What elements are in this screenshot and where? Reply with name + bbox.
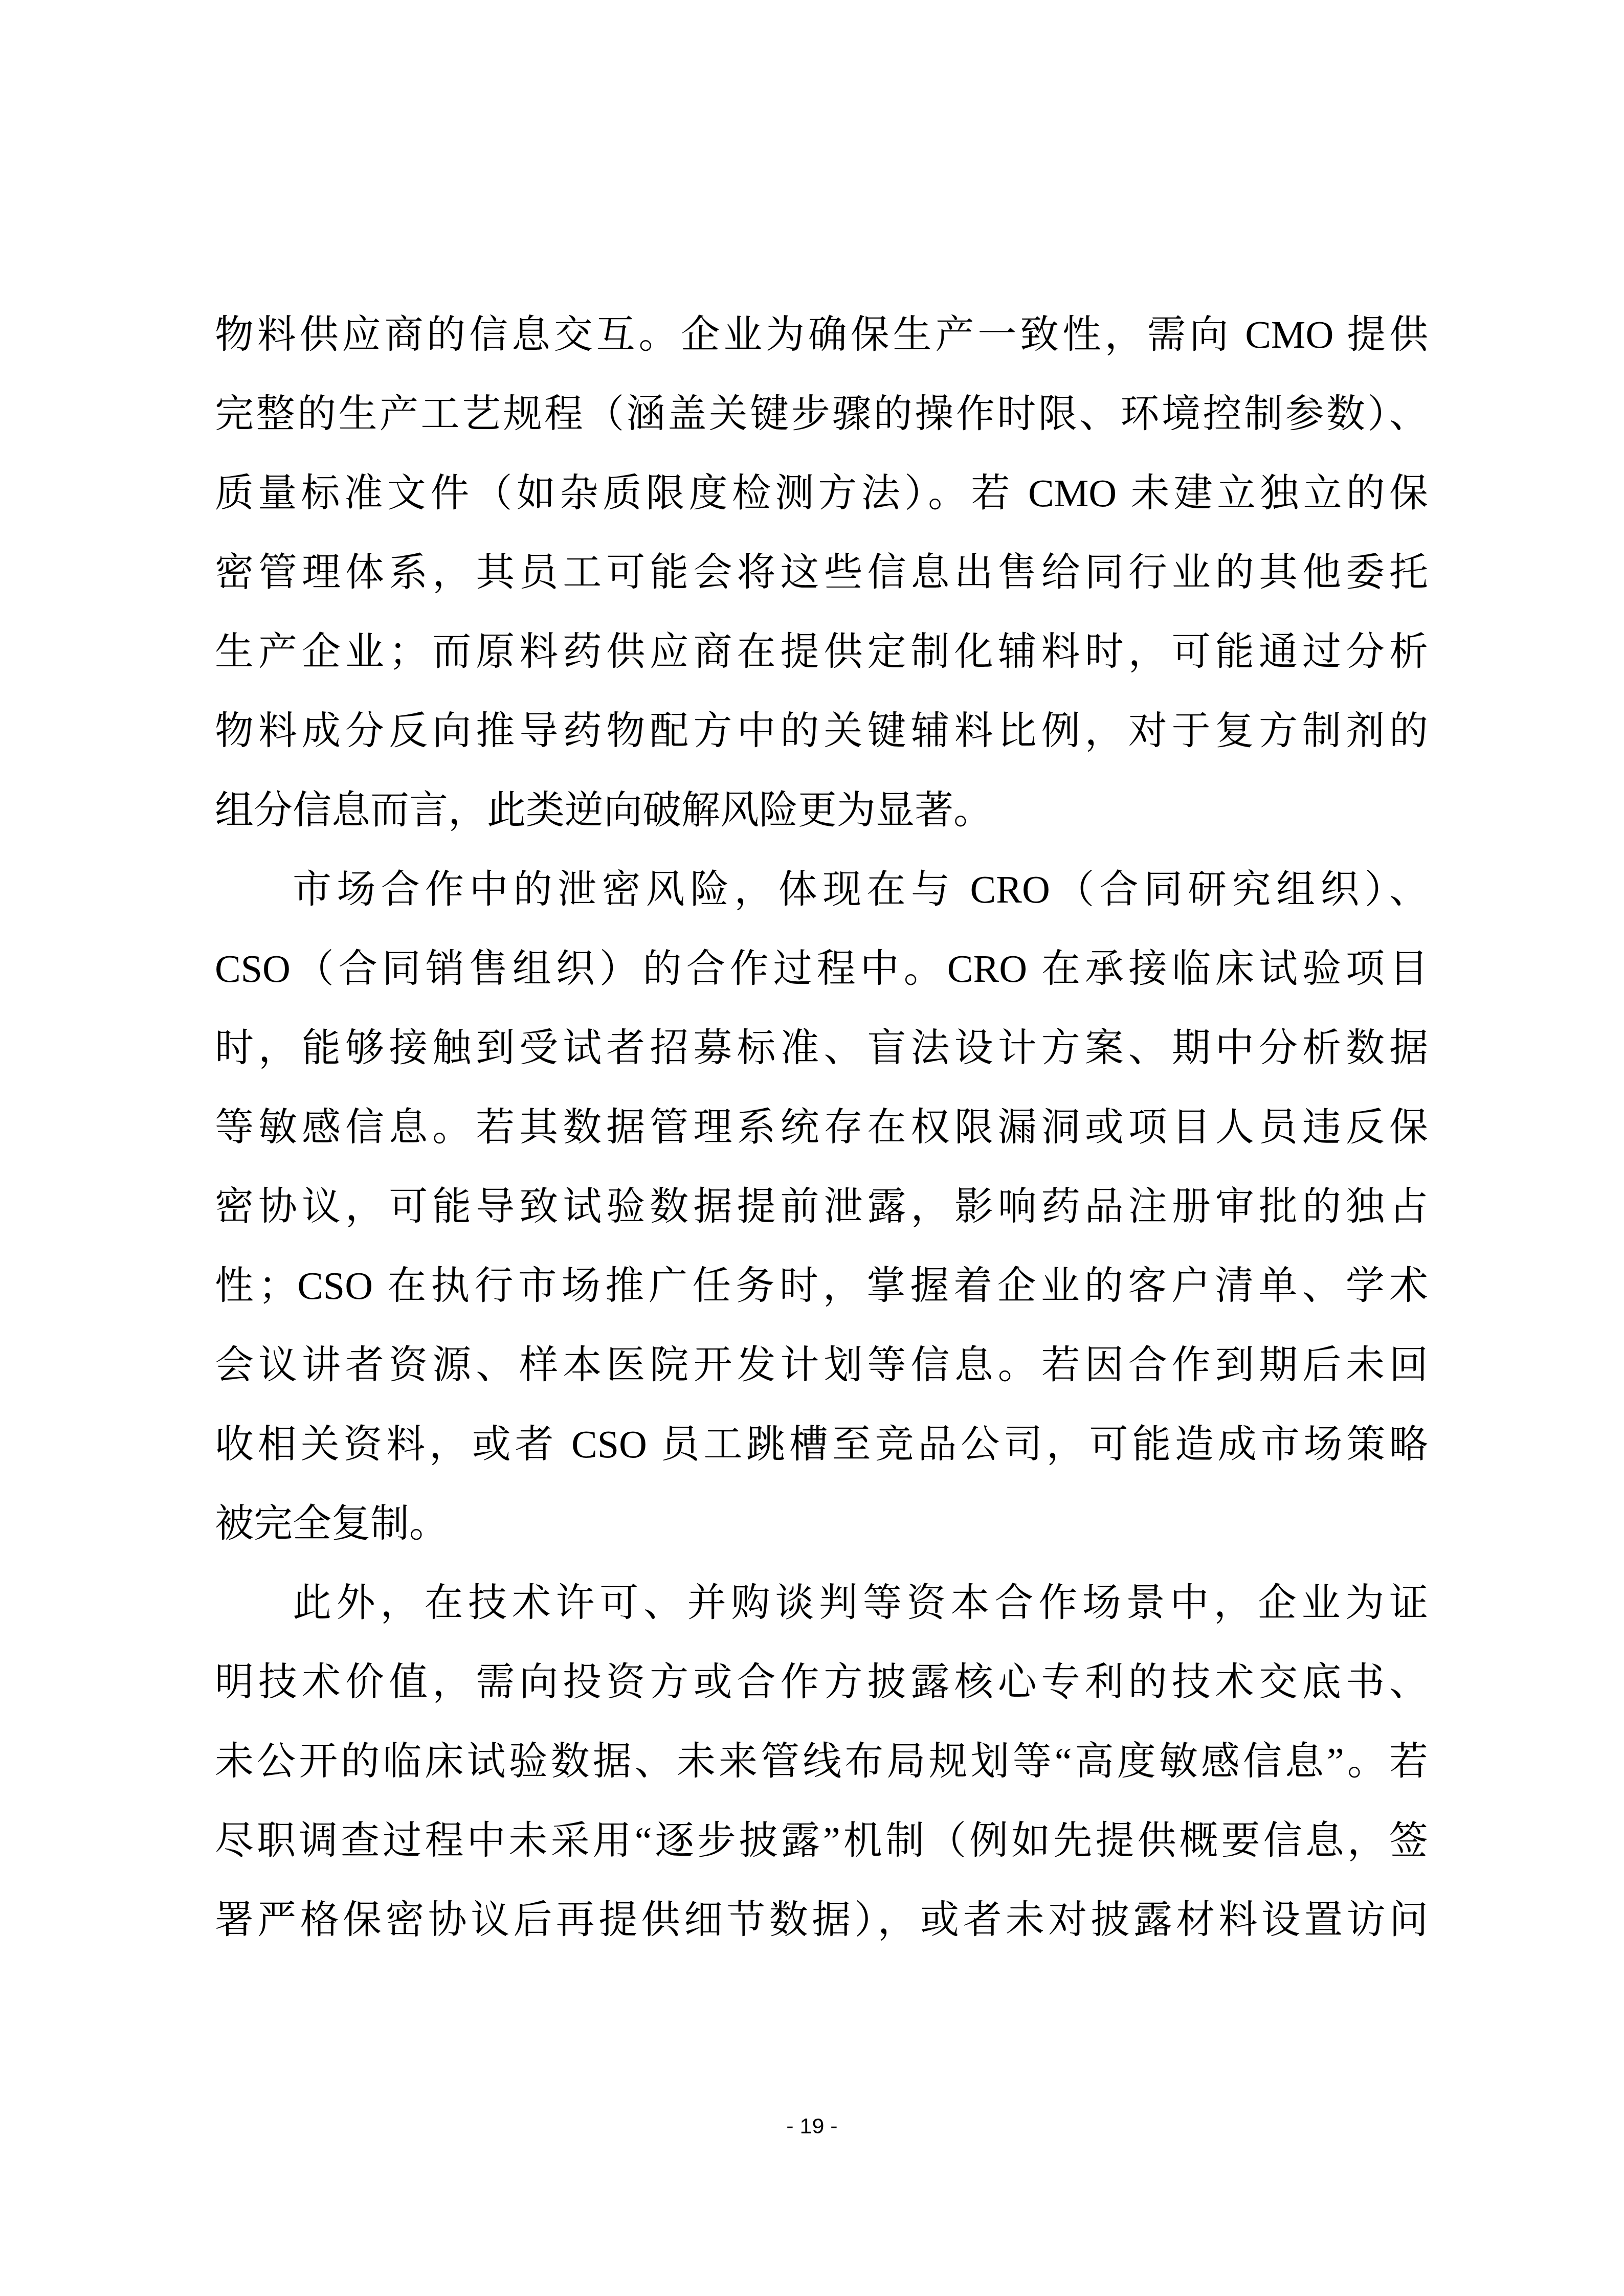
text-line: 密管理体系，其员工可能会将这些信息出售给同行业的其他委托 xyxy=(215,533,1428,613)
text-line: 此外，在技术许可、并购谈判等资本合作场景中，企业为证 xyxy=(215,1564,1428,1643)
text-line: 生产企业；而原料药供应商在提供定制化辅料时，可能通过分析 xyxy=(215,613,1428,692)
text-line: 完整的生产工艺规程（涵盖关键步骤的操作时限、环境控制参数）、 xyxy=(215,375,1428,454)
document-page: 物料供应商的信息交互。企业为确保生产一致性，需向 CMO 提供 完整的生产工艺规… xyxy=(0,0,1624,2296)
text-line: 署严格保密协议后再提供细节数据），或者未对披露材料设置访问 xyxy=(215,1881,1428,1960)
text-line: 明技术价值，需向投资方或合作方披露核心专利的技术交底书、 xyxy=(215,1643,1428,1722)
text-line: 质量标准文件（如杂质限度检测方法）。若 CMO 未建立独立的保 xyxy=(215,454,1428,533)
text-line: 等敏感信息。若其数据管理系统存在权限漏洞或项目人员违反保 xyxy=(215,1088,1428,1167)
text-line: 市场合作中的泄密风险，体现在与 CRO（合同研究组织）、 xyxy=(215,850,1428,930)
text-line: 组分信息而言，此类逆向破解风险更为显著。 xyxy=(215,771,1428,850)
paragraph: 物料供应商的信息交互。企业为确保生产一致性，需向 CMO 提供 完整的生产工艺规… xyxy=(215,296,1428,850)
text-line: 尽职调查过程中未采用“逐步披露”机制（例如先提供概要信息，签 xyxy=(215,1802,1428,1881)
text-line: CSO（合同销售组织）的合作过程中。CRO 在承接临床试验项目 xyxy=(215,930,1428,1009)
document-body: 物料供应商的信息交互。企业为确保生产一致性，需向 CMO 提供 完整的生产工艺规… xyxy=(215,296,1428,1960)
text-line: 被完全复制。 xyxy=(215,1484,1428,1564)
text-line: 会议讲者资源、样本医院开发计划等信息。若因合作到期后未回 xyxy=(215,1326,1428,1405)
paragraph: 市场合作中的泄密风险，体现在与 CRO（合同研究组织）、 CSO（合同销售组织）… xyxy=(215,850,1428,1564)
text-line: 性；CSO 在执行市场推广任务时，掌握着企业的客户清单、学术 xyxy=(215,1247,1428,1326)
text-line: 时，能够接触到受试者招募标准、盲法设计方案、期中分析数据 xyxy=(215,1009,1428,1088)
text-line: 物料供应商的信息交互。企业为确保生产一致性，需向 CMO 提供 xyxy=(215,296,1428,375)
page-number: - 19 - xyxy=(0,2111,1624,2142)
paragraph: 此外，在技术许可、并购谈判等资本合作场景中，企业为证 明技术价值，需向投资方或合… xyxy=(215,1564,1428,1960)
text-line: 收相关资料，或者 CSO 员工跳槽至竞品公司，可能造成市场策略 xyxy=(215,1405,1428,1484)
text-line: 物料成分反向推导药物配方中的关键辅料比例，对于复方制剂的 xyxy=(215,692,1428,771)
text-line: 未公开的临床试验数据、未来管线布局规划等“高度敏感信息”。若 xyxy=(215,1722,1428,1802)
text-line: 密协议，可能导致试验数据提前泄露，影响药品注册审批的独占 xyxy=(215,1167,1428,1247)
